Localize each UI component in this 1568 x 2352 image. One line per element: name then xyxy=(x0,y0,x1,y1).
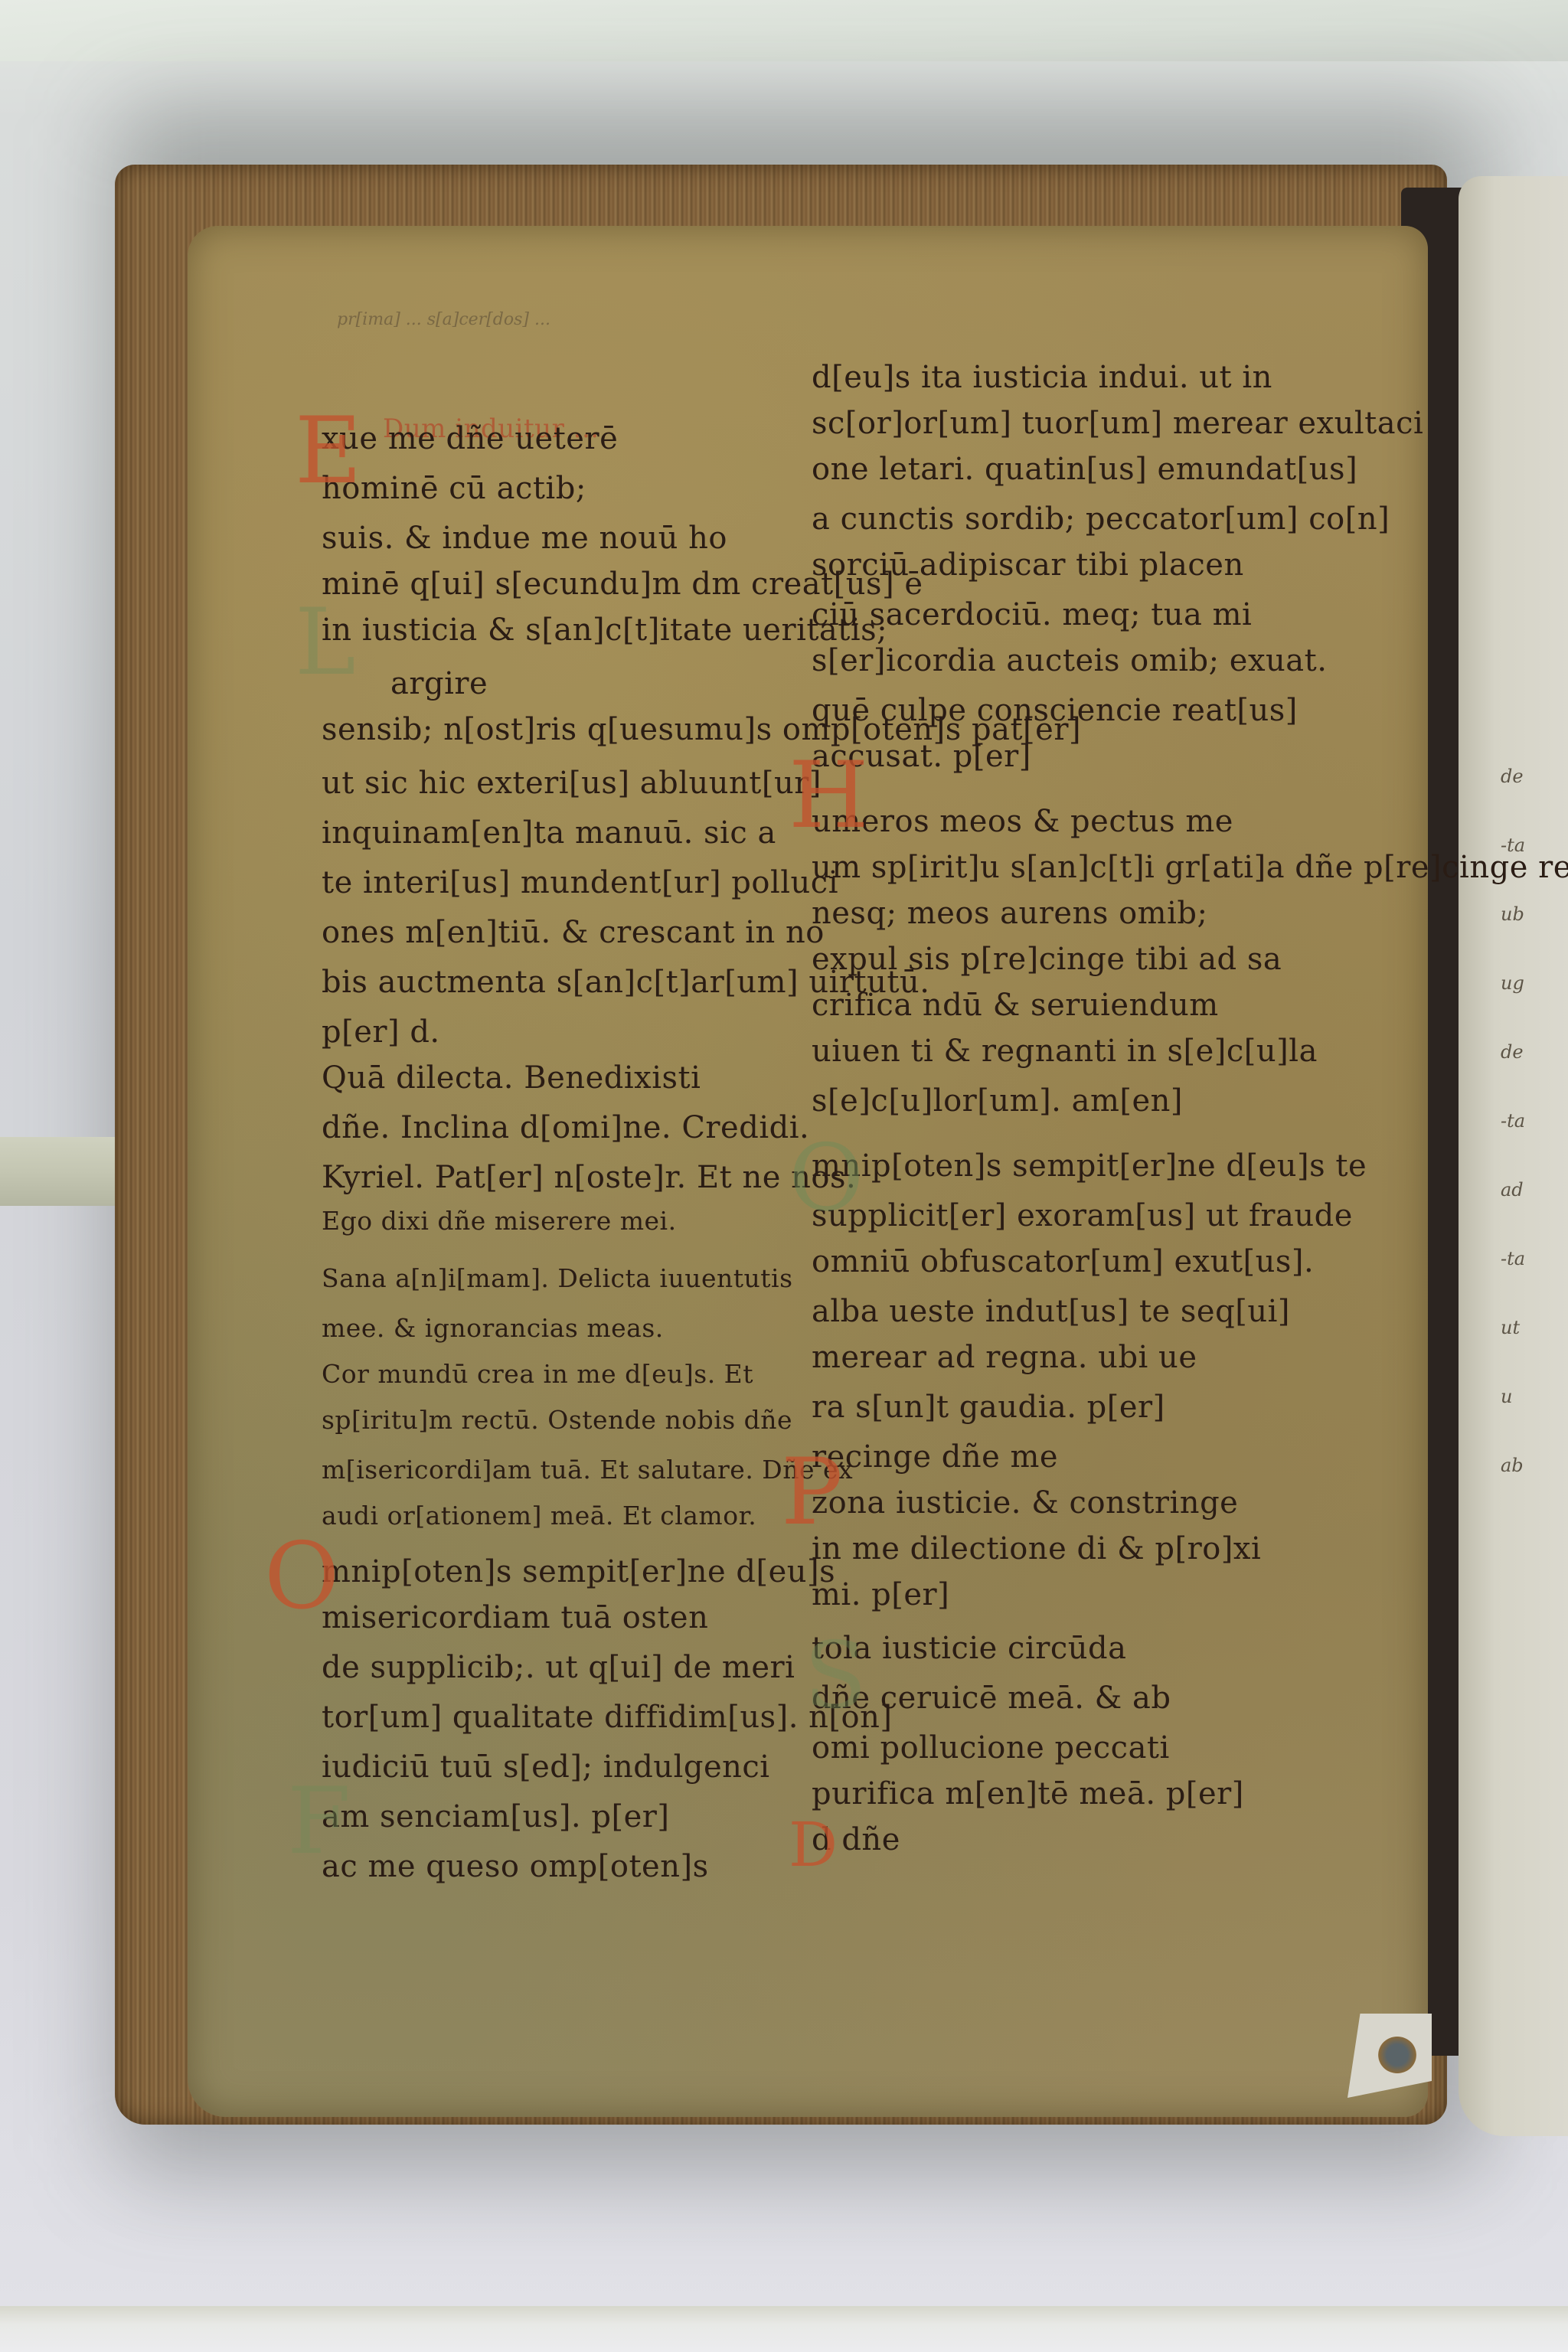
manuscript-line: de supplicib;. ut q[ui] de meri xyxy=(322,1650,795,1685)
manuscript-line: umeros meos & pectus me xyxy=(812,804,1233,839)
initial-l-green: L xyxy=(295,597,356,689)
initial-f-green: F xyxy=(287,1776,351,1868)
manuscript-line: mi. p[er] xyxy=(812,1577,949,1612)
manuscript-line: te interi[us] mundent[ur] polluci xyxy=(322,865,838,900)
manuscript-line: ac me queso omp[oten]s xyxy=(322,1849,709,1884)
manuscript-line: s[er]icordia aucteis omib; exuat. xyxy=(812,643,1327,678)
manuscript-line: purifica m[en]tē meā. p[er] xyxy=(812,1776,1244,1811)
manuscript-line: ciū sacerdociū. meq; tua mi xyxy=(812,597,1252,632)
manuscript-line: um sp[irit]u s[an]c[t]i gr[ati]a dñe p[r… xyxy=(812,850,1568,885)
top-background-sheet xyxy=(0,0,1568,61)
facing-page-note: de xyxy=(1501,1041,1524,1063)
manuscript-line: am senciam[us]. p[er] xyxy=(322,1799,669,1834)
manuscript-line: merear ad regna. ubi ue xyxy=(812,1340,1197,1375)
facing-page-note: ab xyxy=(1501,1455,1524,1476)
manuscript-line: Quā dilecta. Benedixisti xyxy=(322,1060,701,1096)
initial-d-red: D xyxy=(789,1815,838,1876)
manuscript-line: xue me dñe ueterē xyxy=(322,421,618,456)
manuscript-line: p[er] d. xyxy=(322,1014,440,1050)
manuscript-line: ra s[un]t gaudia. p[er] xyxy=(812,1390,1165,1425)
initial-e-red: E xyxy=(295,406,362,498)
manuscript-line: d[eu]s ita iusticia indui. ut in xyxy=(812,360,1272,395)
manuscript-line: Cor mundū crea in me d[eu]s. Et xyxy=(322,1359,753,1389)
facing-page-edge xyxy=(1459,176,1568,2136)
manuscript-line: Kyriel. Pat[er] n[oste]r. Et ne nos. xyxy=(322,1160,856,1195)
manuscript-line: alba ueste indut[us] te seq[ui] xyxy=(812,1294,1290,1329)
manuscript-line: iudiciū tuū s[ed]; indulgenci xyxy=(322,1749,770,1785)
manuscript-line: argire xyxy=(390,666,488,701)
corner-stain xyxy=(1378,2037,1416,2073)
bottom-background-sheet xyxy=(0,2306,1568,2352)
facing-page-note: ug xyxy=(1501,972,1524,994)
manuscript-line: uiuen ti & regnanti in s[e]c[u]la xyxy=(812,1034,1318,1069)
facing-page-note: de xyxy=(1501,766,1524,787)
manuscript-line: recinge dñe me xyxy=(812,1439,1058,1475)
manuscript-line: s[e]c[u]lor[um]. am[en] xyxy=(812,1083,1183,1119)
manuscript-line: one letari. quatin[us] emundat[us] xyxy=(812,452,1357,487)
facing-page-note: u xyxy=(1501,1386,1512,1407)
manuscript-line: expul sis p[re]cinge tibi ad sa xyxy=(812,942,1282,977)
manuscript-line: Sana a[n]i[mam]. Delicta iuuentutis xyxy=(322,1263,793,1293)
manuscript-line: inquinam[en]ta manuū. sic a xyxy=(322,815,776,851)
facing-page-note: ub xyxy=(1501,903,1524,925)
initial-p-red: P xyxy=(781,1447,843,1539)
manuscript-line: m[isericordi]am tuā. Et salutare. Dñe ex xyxy=(322,1455,853,1485)
manuscript-line: ones m[en]tiū. & crescant in no xyxy=(322,915,825,950)
manuscript-line: quē culpe consciencie reat[us] xyxy=(812,693,1298,728)
manuscript-line: ut sic hic exteri[us] abluunt[ur] xyxy=(322,766,822,801)
initial-h-red: H xyxy=(789,750,869,842)
manuscript-line: a cunctis sordib; peccator[um] co[n] xyxy=(812,501,1390,537)
top-margin-note: pr[ima] ... s[a]cer[dos] ... xyxy=(337,310,550,329)
manuscript-line: suis. & indue me nouū ho xyxy=(322,521,727,556)
manuscript-line: misericordiam tuā osten xyxy=(322,1600,708,1635)
manuscript-line: sp[iritu]m rectū. Ostende nobis dñe xyxy=(322,1405,792,1435)
manuscript-line: audi or[ationem] meā. Et clamor. xyxy=(322,1501,756,1530)
manuscript-line: sc[or]or[um] tuor[um] merear exultaci xyxy=(812,406,1423,441)
manuscript-line: dñe. Inclina d[omi]ne. Credidi. xyxy=(322,1110,809,1145)
manuscript-line: zona iusticie. & constringe xyxy=(812,1485,1238,1521)
facing-page-note: -ta xyxy=(1501,1110,1525,1132)
manuscript-line: Ego dixi dñe miserere mei. xyxy=(322,1206,677,1236)
manuscript-line: omniū obfuscator[um] exut[us]. xyxy=(812,1244,1314,1279)
facing-page-note: ad xyxy=(1501,1179,1524,1200)
facing-page-note: -ta xyxy=(1501,1248,1525,1269)
manuscript-line: sorciū adipiscar tibi placen xyxy=(812,547,1244,583)
manuscript-line: omi pollucione peccati xyxy=(812,1730,1170,1766)
manuscript-line: supplicit[er] exoram[us] ut fraude xyxy=(812,1198,1353,1233)
manuscript-line: in me dilectione di & p[ro]xi xyxy=(812,1531,1261,1566)
manuscript-line: mnip[oten]s sempit[er]ne d[eu]s xyxy=(322,1554,835,1589)
manuscript-line: crifica ndū & seruiendum xyxy=(812,988,1219,1023)
manuscript-line: mnip[oten]s sempit[er]ne d[eu]s te xyxy=(812,1148,1367,1184)
manuscript-line: nesq; meos aurens omib; xyxy=(812,896,1207,931)
facing-page-note: ut xyxy=(1501,1317,1520,1338)
initial-s-green: S xyxy=(804,1631,867,1723)
manuscript-line: mee. & ignorancias meas. xyxy=(322,1313,664,1343)
manuscript-line: in iusticia & s[an]c[t]itate ueritatis; xyxy=(322,612,887,648)
initial-o-red: O xyxy=(264,1531,339,1623)
initial-o-green: O xyxy=(789,1133,864,1225)
